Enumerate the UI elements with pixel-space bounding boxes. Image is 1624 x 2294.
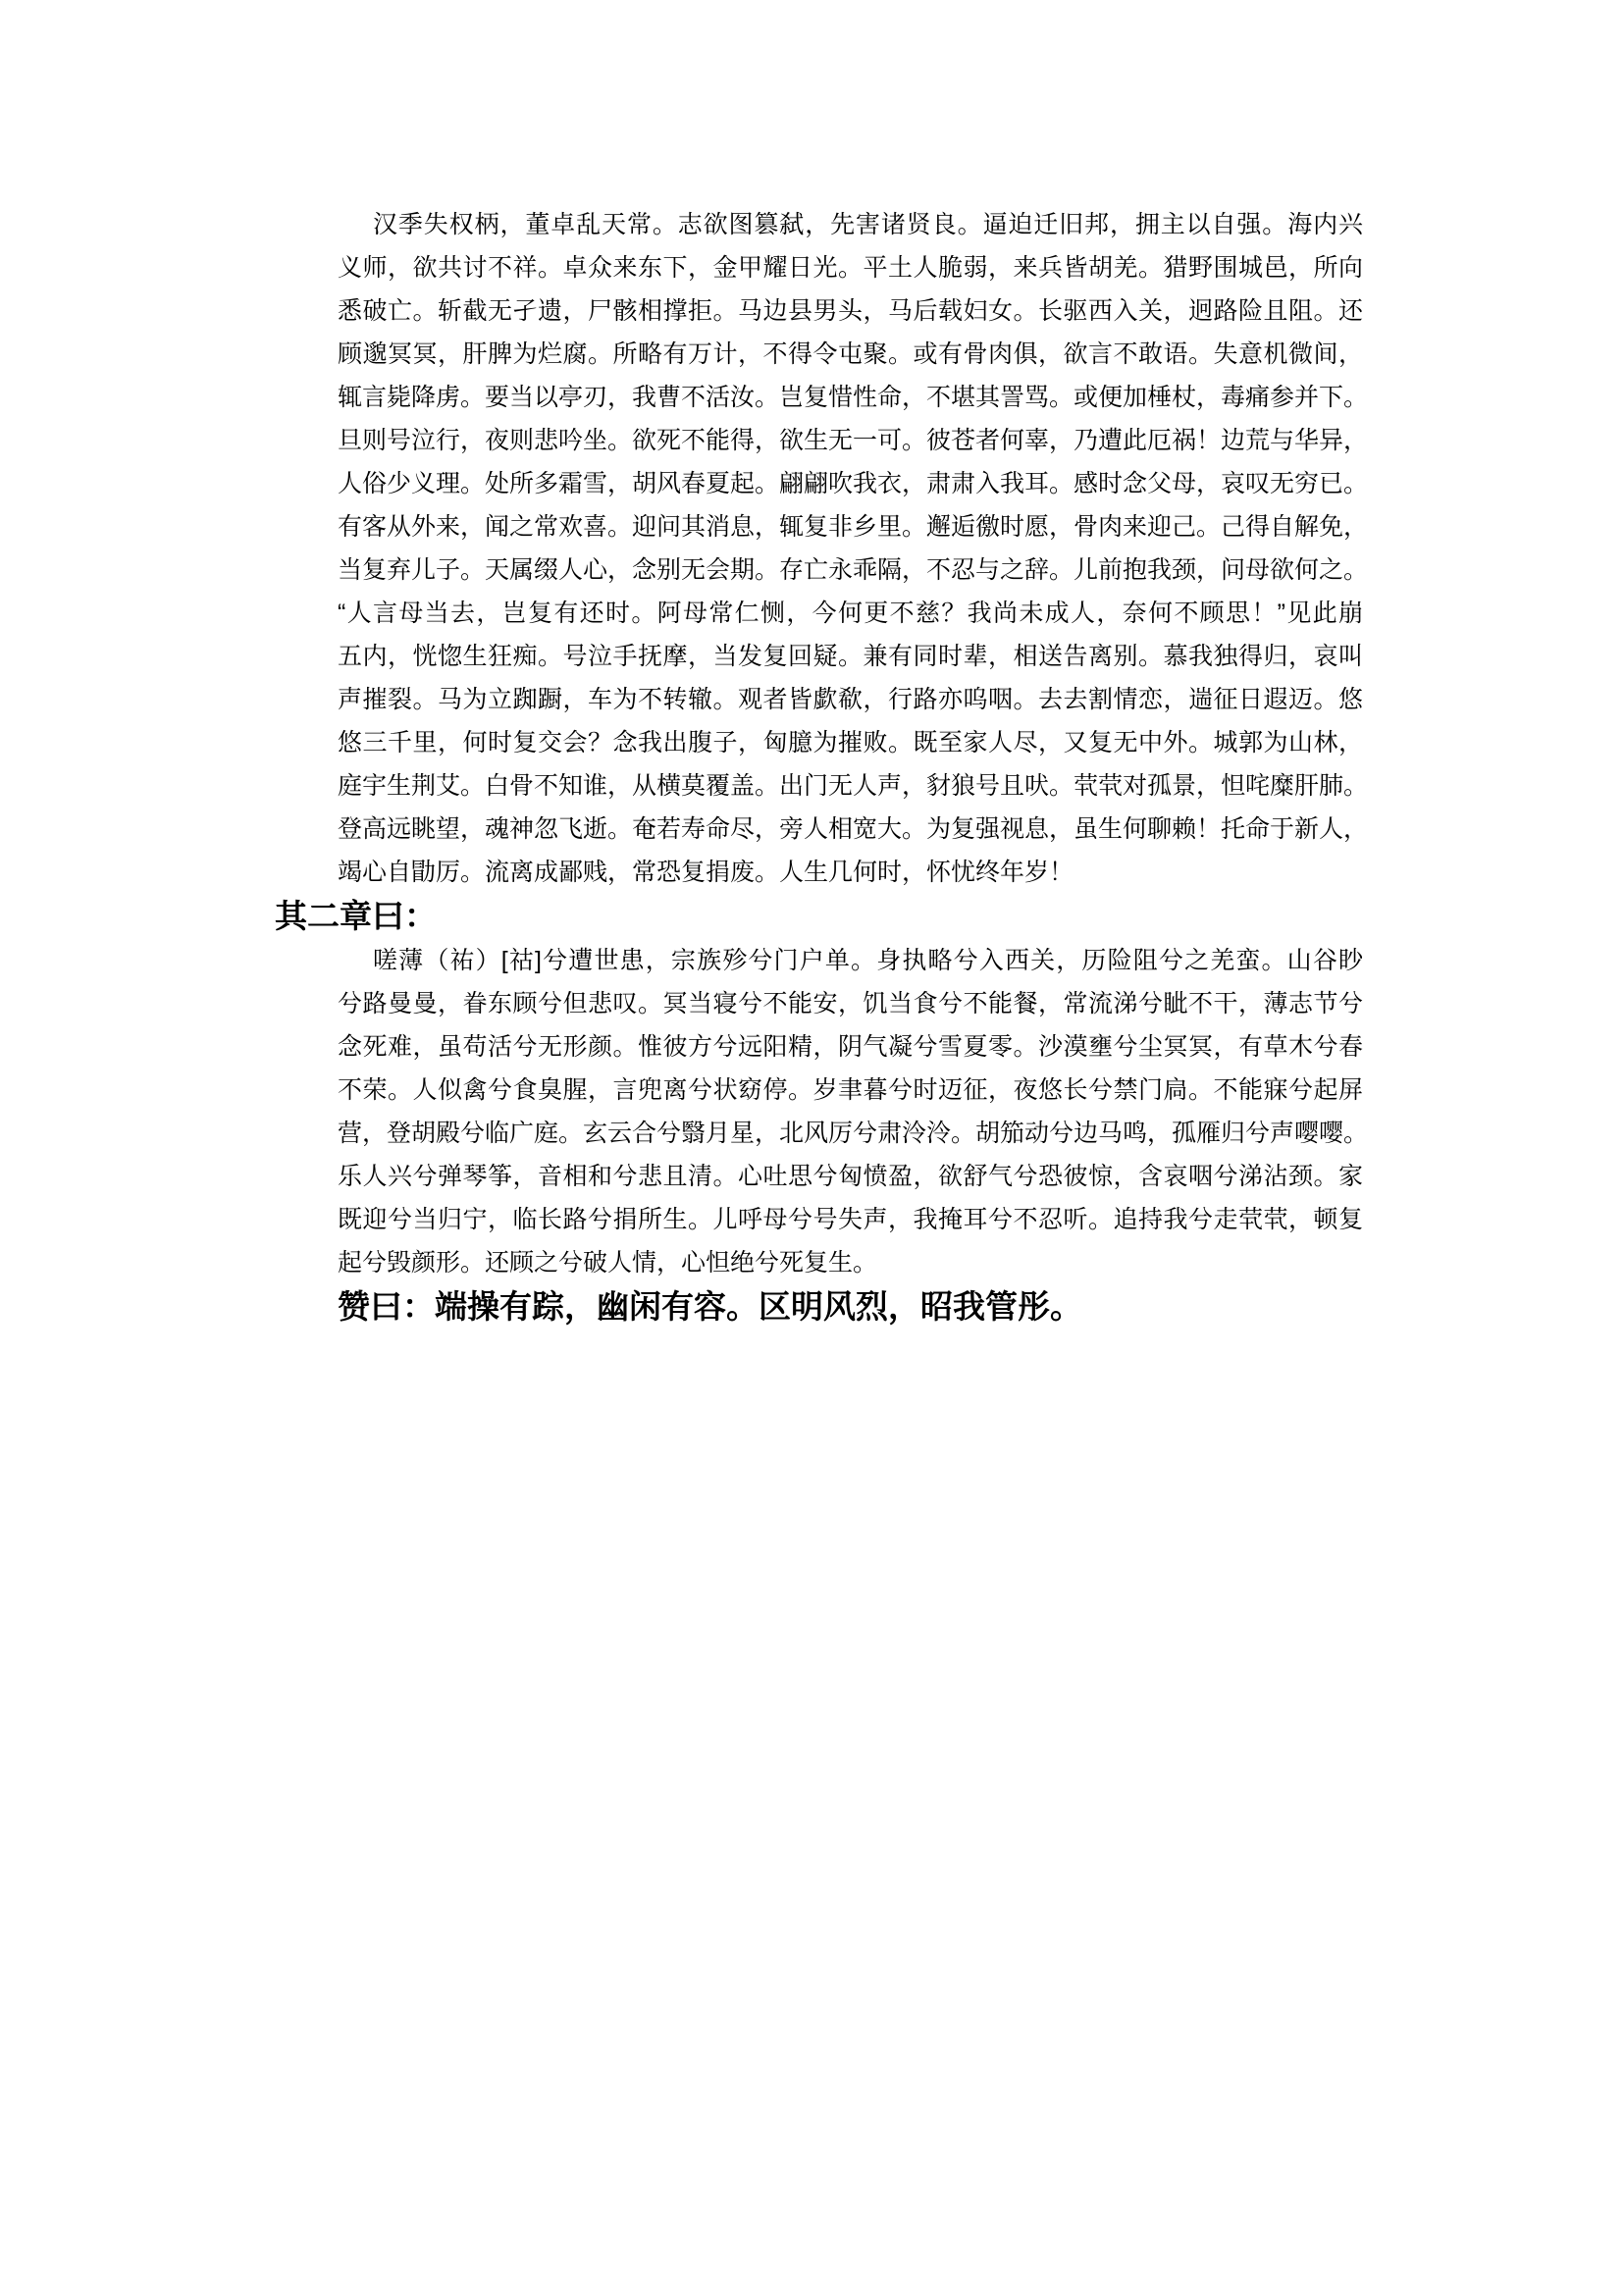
text-line: 辄言毙降虏。要当以亭刃，我曹不活汝。岂复惜性命，不堪其詈骂。或便加棰杖，毒痛参并…: [338, 376, 1363, 419]
text-line: 兮路曼曼，眷东顾兮但悲叹。冥当寝兮不能安，饥当食兮不能餐，常流涕兮眦不干，薄志节…: [338, 982, 1363, 1025]
text-line: 声摧裂。马为立踟蹰，车为不转辙。观者皆歔欷，行路亦呜咽。去去割情恋，遄征日遐迈。…: [338, 678, 1363, 721]
text-line: 义师，欲共讨不祥。卓众来东下，金甲耀日光。平土人脆弱，来兵皆胡羌。猎野围城邑，所…: [338, 246, 1363, 289]
text-line: 嗟薄（祐）[祜]兮遭世患，宗族殄兮门户单。身执略兮入西关，历险阻兮之羌蛮。山谷眇: [338, 939, 1363, 982]
text-line: 汉季失权柄，董卓乱天常。志欲图篡弑，先害诸贤良。逼迫迁旧邦，拥主以自强。海内兴: [338, 203, 1363, 246]
text-line: 起兮毁颜形。还顾之兮破人情，心怛绝兮死复生。: [338, 1241, 1363, 1284]
text-line: 当复弃儿子。天属缀人心，念别无会期。存亡永乖隔，不忍与之辞。儿前抱我颈，问母欲何…: [338, 548, 1363, 592]
text-line: 乐人兴兮弹琴筝，音相和兮悲且清。心吐思兮匈愤盈，欲舒气兮恐彼惊，含哀咽兮涕沾颈。…: [338, 1155, 1363, 1198]
text-line: 顾邈冥冥，肝脾为烂腐。所略有万计，不得令屯聚。或有骨肉俱，欲言不敢语。失意机微间…: [338, 333, 1363, 376]
text-line: 悉破亡。斩截无孑遗，尸骸相撑拒。马边县男头，马后载妇女。长驱西入关，迥路险且阻。…: [338, 289, 1363, 333]
text-line: 竭心自勖厉。流离成鄙贱，常恐复捐废。人生几何时，怀忧终年岁！: [338, 851, 1363, 894]
text-line: 庭宇生荆艾。白骨不知谁，从横莫覆盖。出门无人声，豺狼号且吠。茕茕对孤景，怛咤糜肝…: [338, 764, 1363, 808]
section-heading-chapter-two: 其二章曰：: [275, 894, 1363, 939]
text-line: 悠三千里，何时复交会？念我出腹子，匈臆为摧败。既至家人尽，又复无中外。城郭为山林…: [338, 721, 1363, 764]
text-line: 五内，恍惚生狂痴。号泣手抚摩，当发复回疑。兼有同时辈，相送告离别。慕我独得归，哀…: [338, 635, 1363, 678]
document-page: 汉季失权柄，董卓乱天常。志欲图篡弑，先害诸贤良。逼迫迁旧邦，拥主以自强。海内兴 …: [0, 0, 1624, 2294]
document-content: 汉季失权柄，董卓乱天常。志欲图篡弑，先害诸贤良。逼迫迁旧邦，拥主以自强。海内兴 …: [338, 203, 1363, 1329]
text-line: 营，登胡殿兮临广庭。玄云合兮翳月星，北风厉兮肃泠泠。胡笳动兮边马鸣，孤雁归兮声嘤…: [338, 1112, 1363, 1155]
text-line: 不荣。人似禽兮食臭腥，言兜离兮状窈停。岁聿暮兮时迈征，夜悠长兮禁门扃。不能寐兮起…: [338, 1069, 1363, 1112]
text-line: 既迎兮当归宁，临长路兮捐所生。儿呼母兮号失声，我掩耳兮不忍听。追持我兮走茕茕，顿…: [338, 1198, 1363, 1241]
text-line: 旦则号泣行，夜则悲吟坐。欲死不能得，欲生无一可。彼苍者何辜，乃遭此厄祸！边荒与华…: [338, 419, 1363, 462]
zan-eulogy-line: 赞曰：端操有踪，幽闲有容。区明风烈，昭我管彤。: [338, 1284, 1363, 1329]
poem-paragraph-2: 嗟薄（祐）[祜]兮遭世患，宗族殄兮门户单。身执略兮入西关，历险阻兮之羌蛮。山谷眇…: [338, 939, 1363, 1284]
text-line: 念死难，虽苟活兮无形颜。惟彼方兮远阳精，阴气凝兮雪夏零。沙漠壅兮尘冥冥，有草木兮…: [338, 1025, 1363, 1069]
poem-paragraph-1: 汉季失权柄，董卓乱天常。志欲图篡弑，先害诸贤良。逼迫迁旧邦，拥主以自强。海内兴 …: [338, 203, 1363, 894]
text-line: 登高远眺望，魂神忽飞逝。奄若寿命尽，旁人相宽大。为复强视息，虽生何聊赖！托命于新…: [338, 808, 1363, 851]
text-line: 人俗少义理。处所多霜雪，胡风春夏起。翩翩吹我衣，肃肃入我耳。感时念父母，哀叹无穷…: [338, 462, 1363, 505]
text-line: 有客从外来，闻之常欢喜。迎问其消息，辄复非乡里。邂逅徼时愿，骨肉来迎己。己得自解…: [338, 505, 1363, 548]
text-line: “人言母当去，岂复有还时。阿母常仁恻，今何更不慈？我尚未成人，奈何不顾思！”见此…: [338, 592, 1363, 635]
